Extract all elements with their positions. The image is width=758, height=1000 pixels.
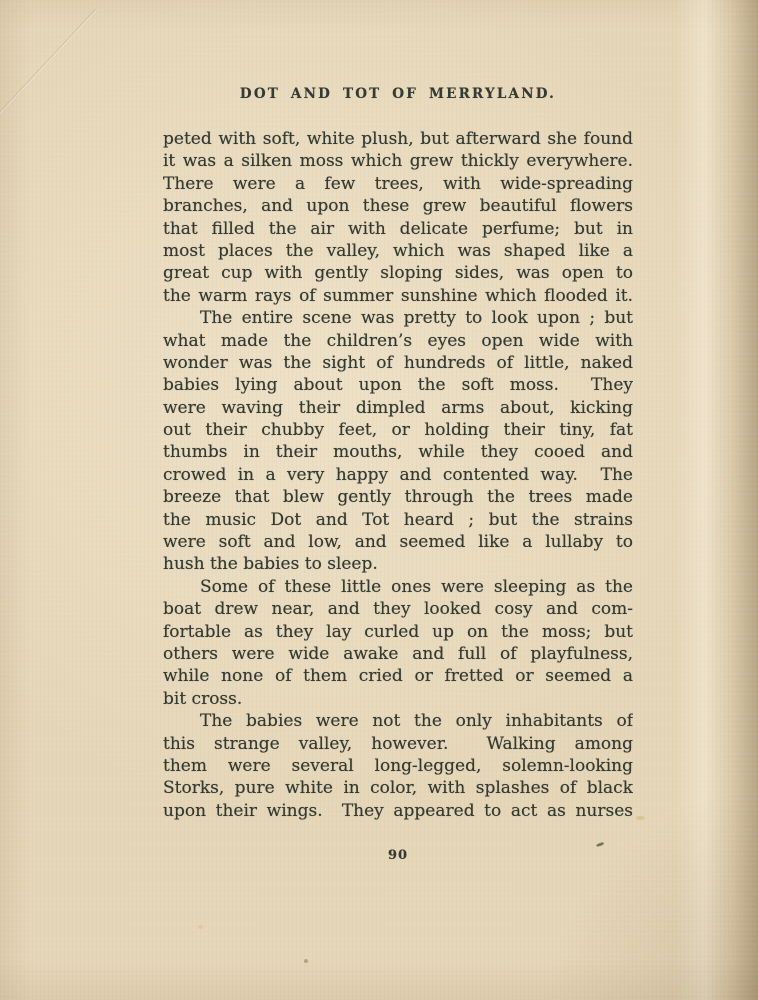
paper-stain bbox=[636, 816, 645, 820]
paragraph: The entire scene was pretty to look upon… bbox=[163, 307, 633, 576]
text-line: the music Dot and Tot heard ; but the st… bbox=[163, 509, 633, 531]
text-line: that filled the air with delicate perfum… bbox=[163, 218, 633, 240]
text-line: branches, and upon these grew beautiful … bbox=[163, 195, 633, 217]
text-line: The entire scene was pretty to look upon… bbox=[163, 307, 633, 329]
page-number: 90 bbox=[163, 848, 633, 863]
text-line: others were wide awake and full of playf… bbox=[163, 643, 633, 665]
text-line: while none of them cried or fretted or s… bbox=[163, 665, 633, 687]
text-line: what made the children’s eyes open wide … bbox=[163, 330, 633, 352]
text-line: out their chubby feet, or holding their … bbox=[163, 419, 633, 441]
text-line: peted with soft, white plush, but afterw… bbox=[163, 128, 633, 150]
text-line: thumbs in their mouths, while they cooed… bbox=[163, 441, 633, 463]
text-line: were waving their dimpled arms about, ki… bbox=[163, 397, 633, 419]
text-line: The babies were not the only inhabitants… bbox=[163, 710, 633, 732]
text-line: breeze that blew gently through the tree… bbox=[163, 486, 633, 508]
text-line: were soft and low, and seemed like a lul… bbox=[163, 531, 633, 553]
text-line: Some of these little ones were sleeping … bbox=[163, 576, 633, 598]
text-line: it was a silken moss which grew thickly … bbox=[163, 150, 633, 172]
text-line: them were several long-legged, solemn-lo… bbox=[163, 755, 633, 777]
paragraph: The babies were not the only inhabitants… bbox=[163, 710, 633, 822]
text-line: hush the babies to sleep. bbox=[163, 553, 633, 575]
text-line: babies lying about upon the soft moss. T… bbox=[163, 374, 633, 396]
page-text: peted with soft, white plush, but afterw… bbox=[163, 128, 633, 822]
book-page-scan: DOT AND TOT OF MERRYLAND. peted with sof… bbox=[0, 0, 758, 1000]
paragraph: peted with soft, white plush, but afterw… bbox=[163, 128, 633, 307]
text-line: this strange valley, however. Walking am… bbox=[163, 733, 633, 755]
running-header: DOT AND TOT OF MERRYLAND. bbox=[163, 86, 633, 102]
paper-stain bbox=[198, 925, 203, 929]
text-line: There were a few trees, with wide-spread… bbox=[163, 173, 633, 195]
text-line: fortable as they lay curled up on the mo… bbox=[163, 621, 633, 643]
text-line: most places the valley, which was shaped… bbox=[163, 240, 633, 262]
text-line: upon their wings. They appeared to act a… bbox=[163, 800, 633, 822]
ink-speck bbox=[596, 842, 605, 847]
text-line: crowed in a very happy and contented way… bbox=[163, 464, 633, 486]
paper-crease bbox=[0, 9, 97, 114]
text-line: the warm rays of summer sunshine which f… bbox=[163, 285, 633, 307]
text-line: wonder was the sight of hundreds of litt… bbox=[163, 352, 633, 374]
paragraph: Some of these little ones were sleeping … bbox=[163, 576, 633, 710]
paper-speck bbox=[304, 959, 308, 963]
text-line: great cup with gently sloping sides, was… bbox=[163, 262, 633, 284]
text-line: Storks, pure white in color, with splash… bbox=[163, 777, 633, 799]
text-line: bit cross. bbox=[163, 688, 633, 710]
text-line: boat drew near, and they looked cosy and… bbox=[163, 598, 633, 620]
